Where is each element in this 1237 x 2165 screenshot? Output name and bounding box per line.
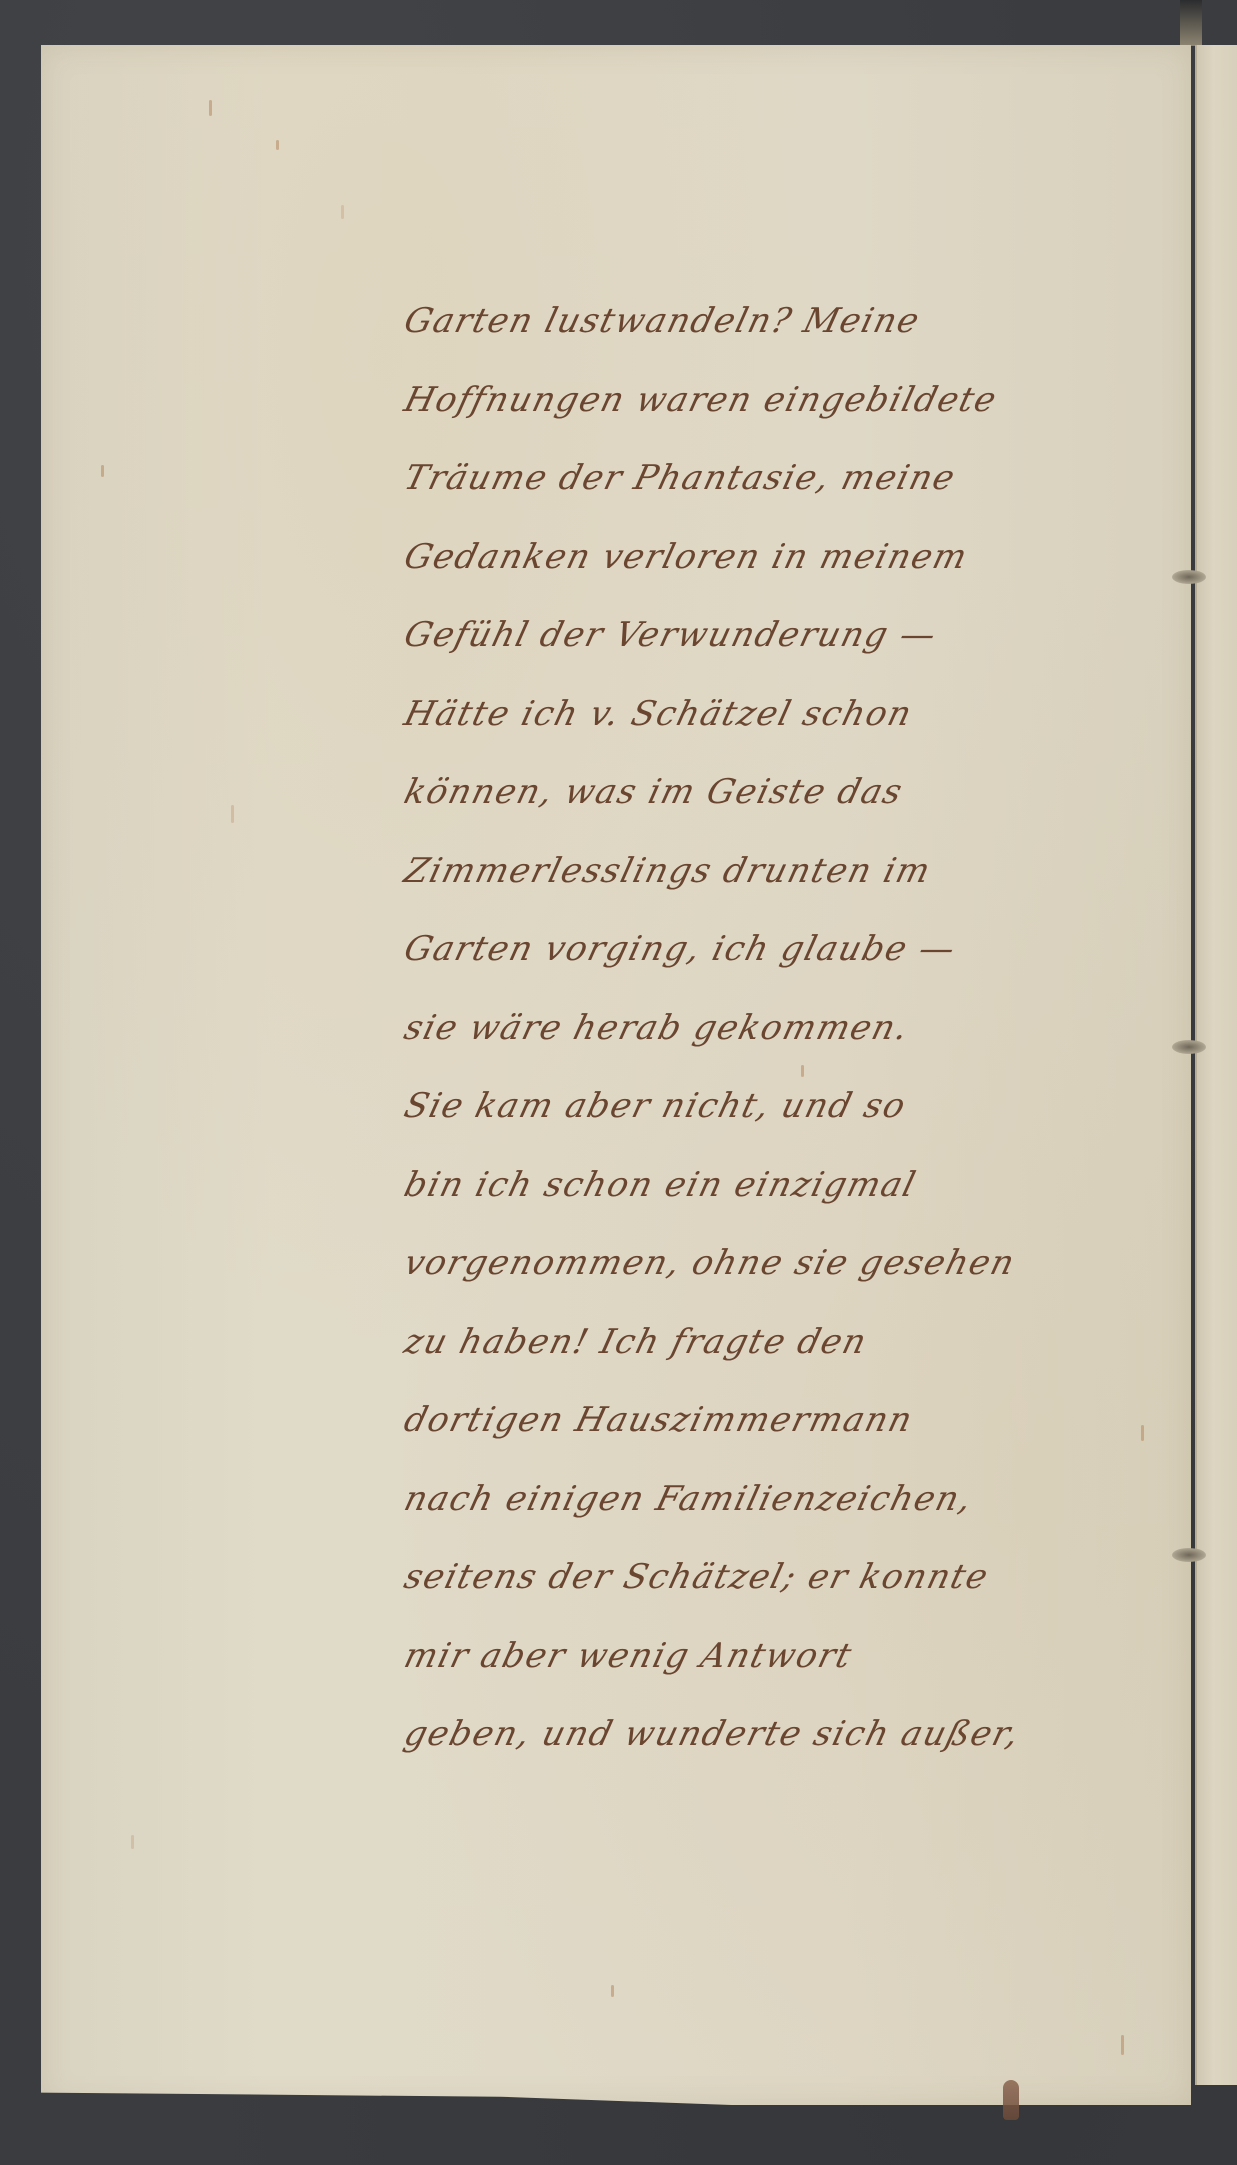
manuscript-line: bin ich schon ein einzigmal [395, 1146, 1155, 1225]
binding-thread-mark [1172, 1548, 1206, 1562]
manuscript-line: zu haben! Ich fragte den [395, 1303, 1155, 1382]
manuscript-line: Hoffnungen waren eingebildete [395, 361, 1155, 440]
manuscript-line: Hätte ich v. Schätzel schon [395, 675, 1155, 754]
binding-thread-mark [1172, 1040, 1206, 1054]
manuscript-line: Garten lustwandeln? Meine [395, 282, 1155, 361]
manuscript-line: können, was im Geiste das [395, 753, 1155, 832]
manuscript-line: Garten vorging, ich glaube — [395, 910, 1155, 989]
paper-fleck [611, 1985, 614, 1997]
manuscript-line: mir aber wenig Antwort [395, 1617, 1155, 1696]
manuscript-line: Zimmerlesslings drunten im [395, 832, 1155, 911]
manuscript-line: nach einigen Familienzeichen, [395, 1460, 1155, 1539]
paper-fleck [131, 1835, 134, 1849]
paper-fleck [231, 805, 234, 823]
manuscript-line: seitens der Schätzel; er konnte [395, 1538, 1155, 1617]
paper-fleck [209, 100, 212, 116]
manuscript-line: sie wäre herab gekommen. [395, 989, 1155, 1068]
manuscript-line: Sie kam aber nicht, und so [395, 1067, 1155, 1146]
binding-thread-mark [1172, 570, 1206, 584]
manuscript-line: geben, und wunderte sich außer, [395, 1695, 1155, 1774]
paper-fleck [341, 205, 344, 219]
ink-stain [1003, 2080, 1019, 2120]
handwritten-text-block: Garten lustwandeln? Meine Hoffnungen war… [405, 282, 1145, 1774]
manuscript-line: dortigen Hauszimmermann [395, 1381, 1155, 1460]
binding-gap [1180, 0, 1202, 46]
manuscript-line: Gedanken verloren in meinem [395, 518, 1155, 597]
manuscript-line: Träume der Phantasie, meine [395, 439, 1155, 518]
manuscript-line: Gefühl der Verwunderung — [395, 596, 1155, 675]
paper-fleck [1121, 2035, 1124, 2055]
paper-fleck [276, 140, 279, 150]
manuscript-line: vorgenommen, ohne sie gesehen [395, 1224, 1155, 1303]
paper-fleck [101, 465, 104, 477]
adjacent-page-edge [1195, 45, 1237, 2085]
